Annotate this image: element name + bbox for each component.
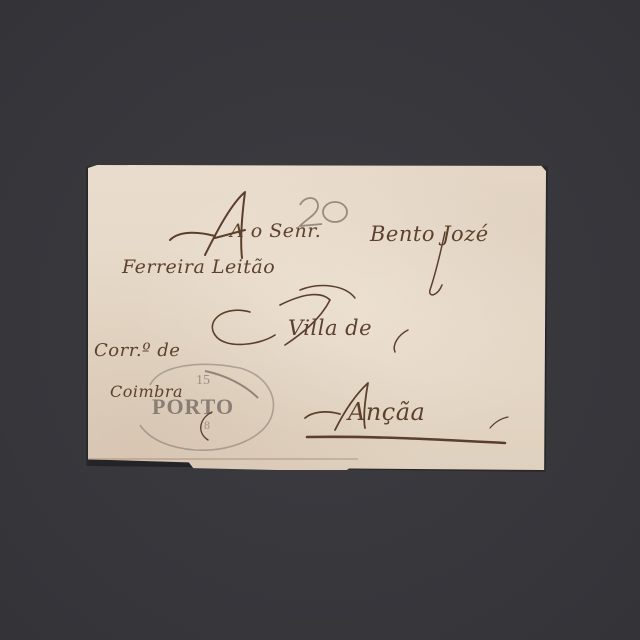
address-honorific: A o Senr. <box>230 220 321 242</box>
address-town-prefix: Villa de <box>288 316 372 340</box>
address-recipient-surname: Ferreira Leitão <box>122 256 275 278</box>
origin-note-line1: Corr.º de <box>94 340 180 361</box>
origin-note-line2: Coimbra <box>110 382 183 401</box>
address-town: Ançãa <box>348 398 425 426</box>
address-recipient-name: Bento Jozé <box>370 222 489 246</box>
